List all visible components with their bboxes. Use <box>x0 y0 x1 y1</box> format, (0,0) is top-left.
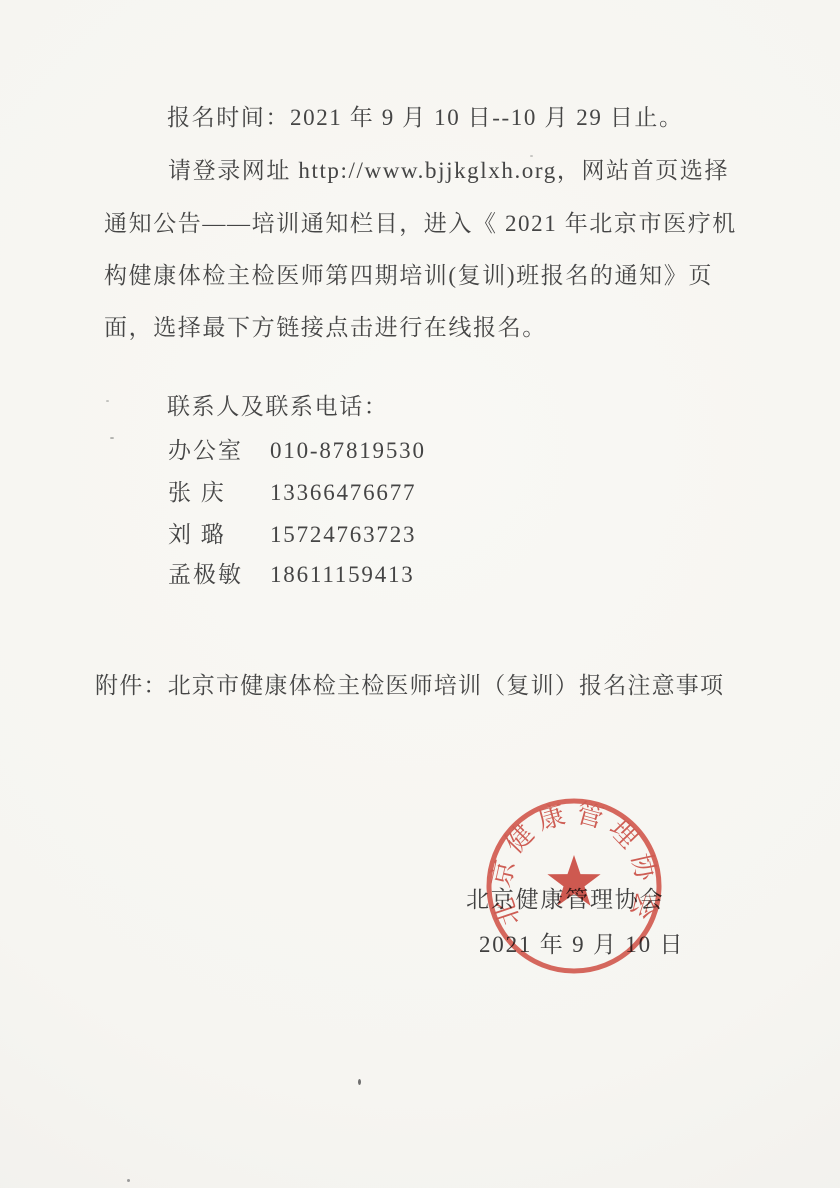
registration-time-line: 报名时间：2021 年 9 月 10 日--10 月 29 日止。 <box>167 104 684 132</box>
scan-speck <box>530 155 533 157</box>
scanned-notice-page: 报名时间：2021 年 9 月 10 日--10 月 29 日止。 请登录网址 … <box>0 0 840 1188</box>
contact-row: 办公室010-87819530 <box>168 432 426 465</box>
contact-phone: 13366476677 <box>270 480 416 505</box>
website-instruction-line-1: 请登录网址 http://www.bjjkglxh.org，网站首页选择 <box>168 157 729 185</box>
contact-name: 刘 璐 <box>168 516 270 549</box>
scan-speck <box>106 400 109 402</box>
contact-phone: 010-87819530 <box>270 438 426 463</box>
website-instruction-line-3: 构健康体检主检医师第四期培训(复训)班报名的通知》页 <box>104 262 713 290</box>
attachment-line: 附件：北京市健康体检主检医师培训（复训）报名注意事项 <box>95 672 724 700</box>
contact-row: 孟极敏18611159413 <box>168 556 415 589</box>
contact-name: 办公室 <box>168 432 270 465</box>
contact-name: 孟极敏 <box>168 556 270 589</box>
contact-row: 刘 璐15724763723 <box>168 516 416 549</box>
official-seal: 北京健康管理协会 <box>468 780 680 992</box>
contact-row: 张 庆13366476677 <box>168 474 416 507</box>
contact-phone: 18611159413 <box>270 562 415 587</box>
contact-phone: 15724763723 <box>270 522 416 547</box>
scan-speck <box>358 1079 361 1085</box>
scan-speck <box>110 437 114 439</box>
contact-name: 张 庆 <box>168 474 270 507</box>
seal-star-icon <box>547 855 600 906</box>
contact-header: 联系人及联系电话： <box>167 393 388 421</box>
scan-speck <box>127 1179 130 1182</box>
website-instruction-line-4: 面，选择最下方链接点击进行在线报名。 <box>104 314 547 342</box>
website-instruction-line-2: 通知公告——培训通知栏目，进入《 2021 年北京市医疗机 <box>104 210 737 238</box>
